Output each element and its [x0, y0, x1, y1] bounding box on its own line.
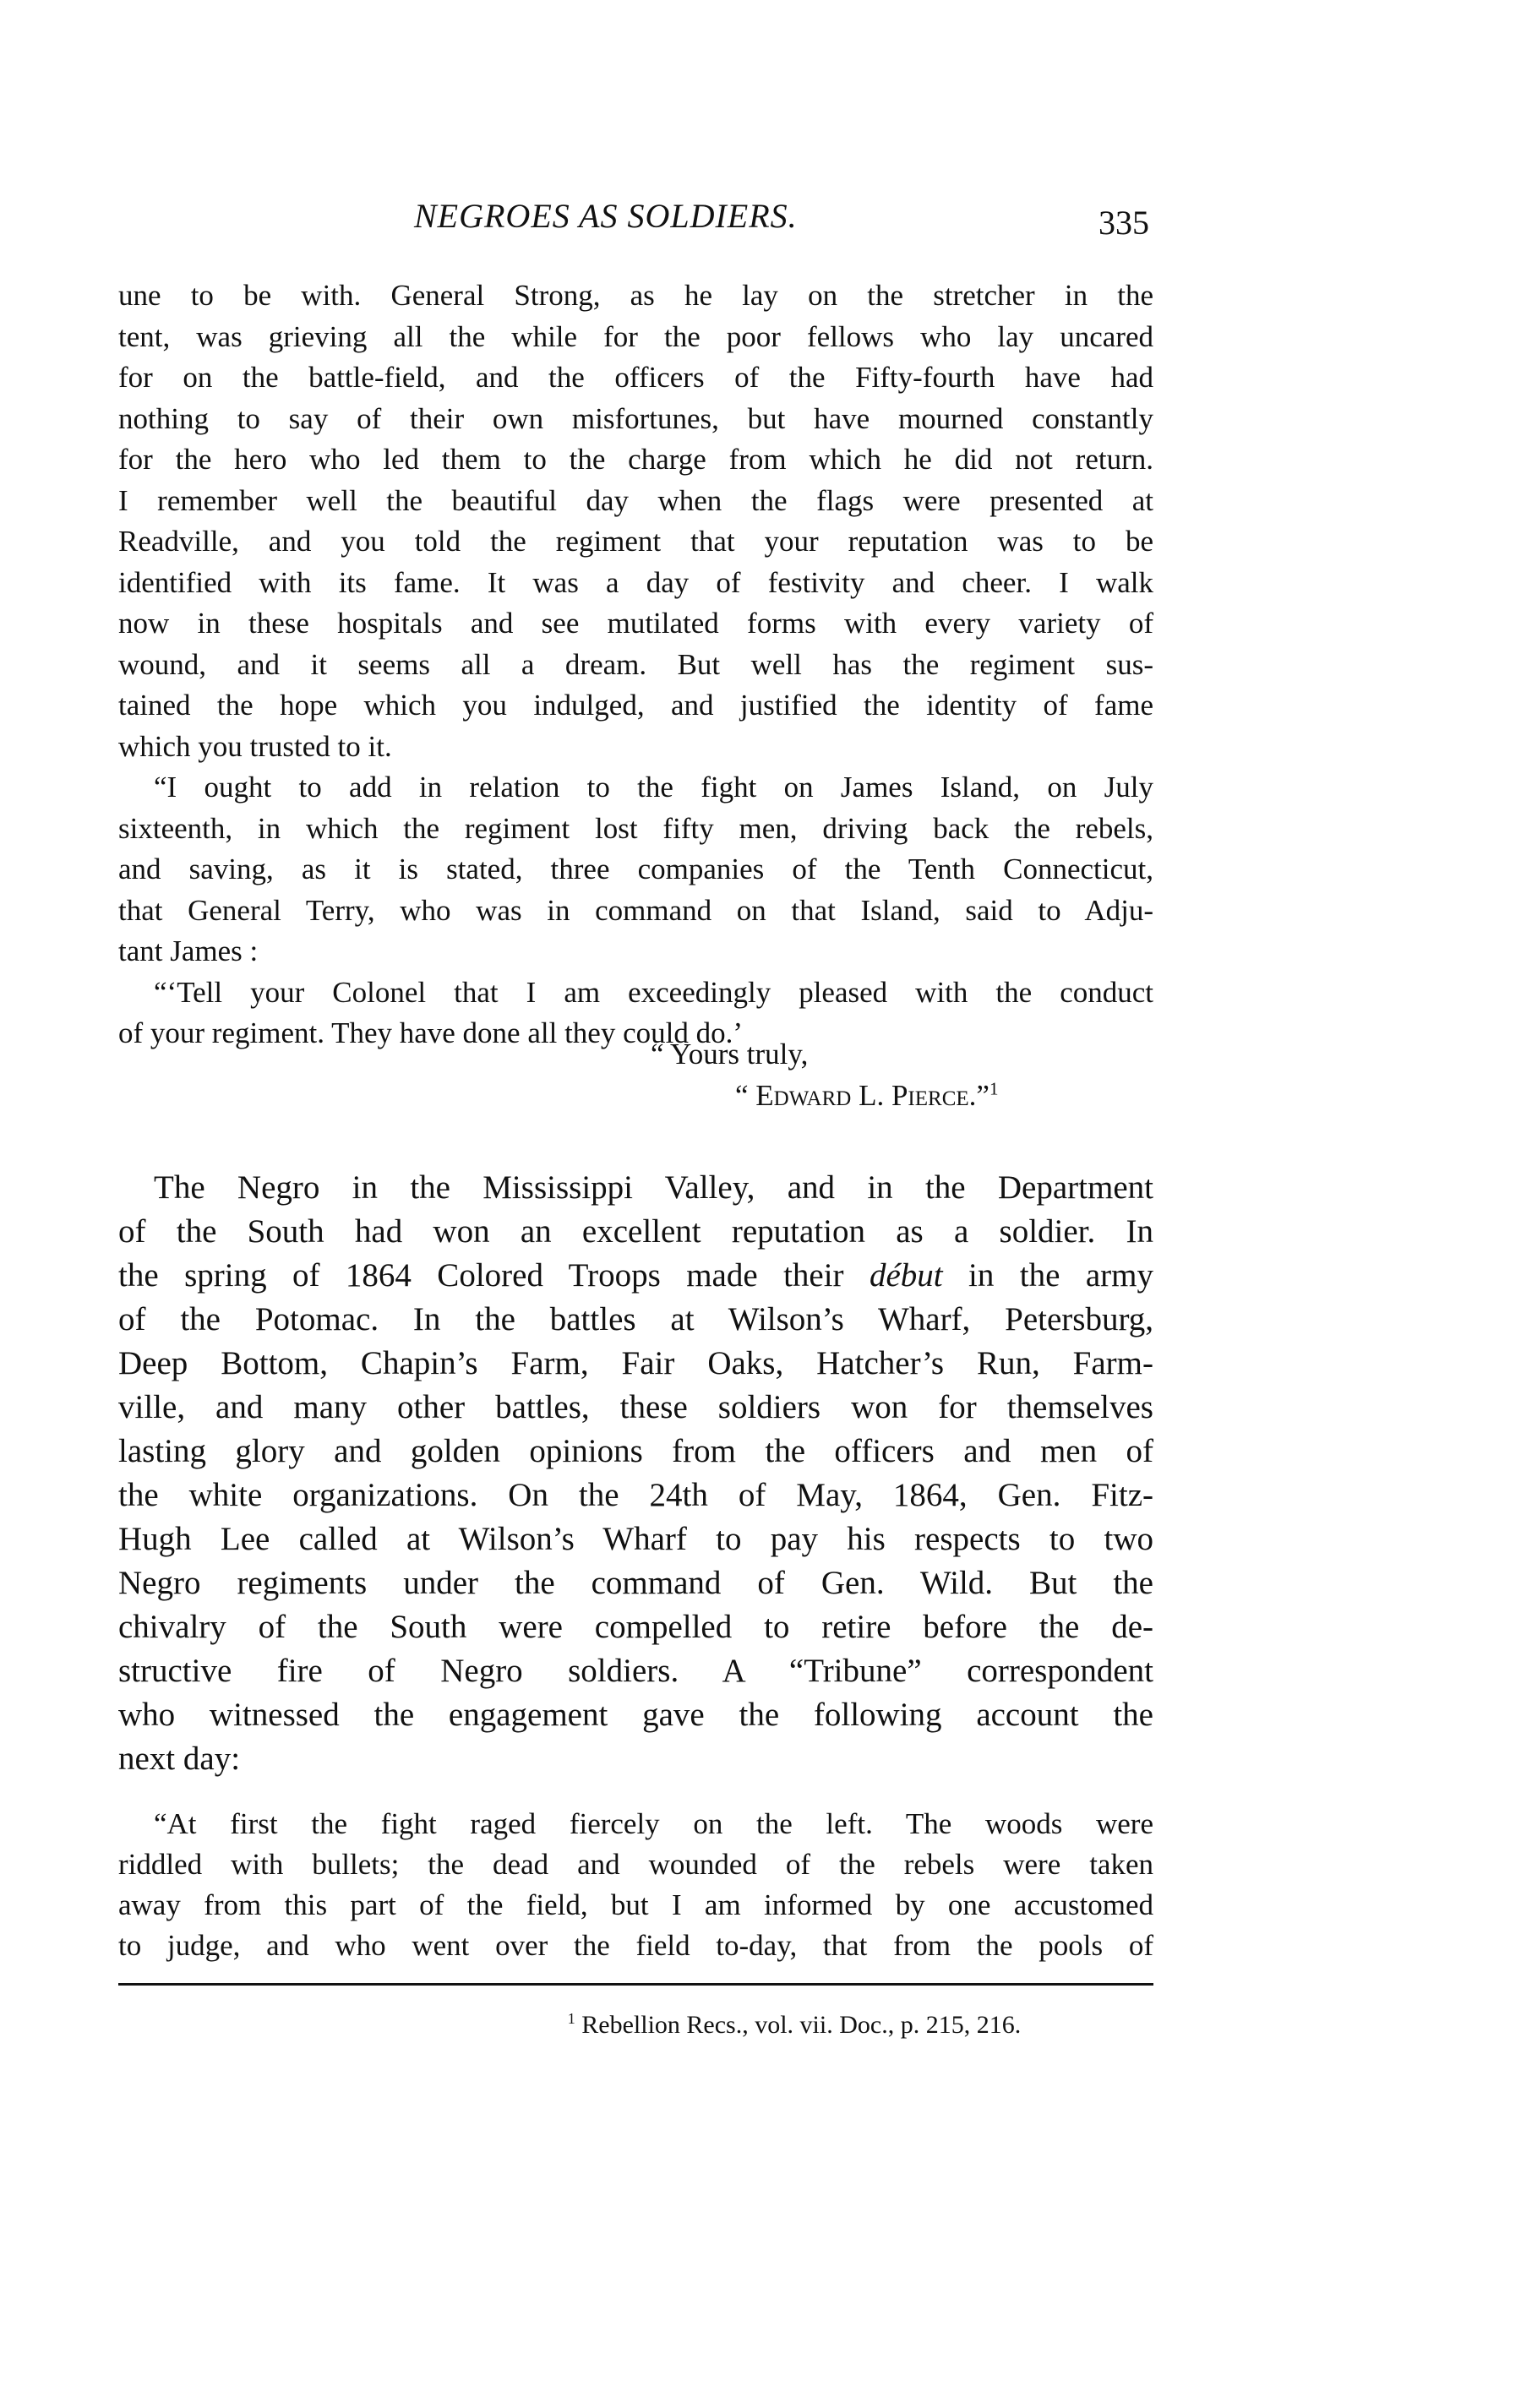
text-line: for the hero who led them to the charge … — [118, 439, 1153, 481]
text-line: of the South had won an excellent reputa… — [118, 1210, 1153, 1254]
text-line: who witnessed the engagement gave the fo… — [118, 1693, 1153, 1737]
text-line: Hugh Lee called at Wilson’s Wharf to pay… — [118, 1517, 1153, 1561]
letter-excerpt: une to be with. General Strong, as he la… — [118, 275, 1153, 1054]
text-line: for on the battle-field, and the officer… — [118, 357, 1153, 399]
text-line: structive fire of Negro soldiers. A “Tri… — [118, 1649, 1153, 1693]
block-quote: “At first the fight raged fiercely on th… — [118, 1804, 1153, 1966]
text-line: of your regiment. They have done all the… — [118, 1013, 1153, 1054]
page-number: 335 — [1098, 203, 1149, 242]
footnote-text: Rebellion Recs., vol. vii. Doc., p. 215,… — [581, 2011, 1021, 2039]
text-line: of the Potomac. In the battles at Wilson… — [118, 1298, 1153, 1342]
text-line: lasting glory and golden opinions from t… — [118, 1430, 1153, 1474]
text-line-with-italic: the spring of 1864 Colored Troops made t… — [118, 1254, 1153, 1298]
text-line: and saving, as it is stated, three compa… — [118, 849, 1153, 891]
text-line: to judge, and who went over the field to… — [118, 1926, 1153, 1966]
text-line: wound, and it seems all a dream. But wel… — [118, 645, 1153, 686]
footnote-divider — [118, 1983, 1153, 1986]
text-line: chivalry of the South were compelled to … — [118, 1605, 1153, 1649]
footnote-ref: 1 — [989, 1078, 999, 1098]
text-line: Deep Bottom, Chapin’s Farm, Fair Oaks, H… — [118, 1342, 1153, 1386]
text-line: that General Terry, who was in command o… — [118, 891, 1153, 932]
footnote-mark: 1 — [568, 2010, 575, 2027]
text-line: next day: — [118, 1737, 1153, 1781]
text-line: tent, was grieving all the while for the… — [118, 317, 1153, 358]
text-line: riddled with bullets; the dead and wound… — [118, 1844, 1153, 1885]
text-line: “At first the fight raged fiercely on th… — [118, 1804, 1153, 1844]
text-line: now in these hospitals and see mutilated… — [118, 603, 1153, 645]
text-line: “‘Tell your Colonel that I am exceedingl… — [118, 972, 1153, 1014]
text-line: which you trusted to it. — [118, 727, 1153, 768]
text-line: the white organizations. On the 24th of … — [118, 1474, 1153, 1517]
text-line: tant James : — [118, 931, 1153, 972]
letter-signature: “ Edward L. Pierce.”1 — [735, 1079, 998, 1113]
text-line: Negro regiments under the command of Gen… — [118, 1561, 1153, 1605]
text-line: away from this part of the field, but I … — [118, 1885, 1153, 1926]
text-line: “I ought to add in relation to the fight… — [118, 767, 1153, 809]
text-line: ville, and many other battles, these sol… — [118, 1386, 1153, 1430]
main-paragraph: The Negro in the Mississippi Valley, and… — [118, 1166, 1153, 1781]
running-header-title: NEGROES AS SOLDIERS. — [414, 196, 798, 236]
text-line: nothing to say of their own misfortunes,… — [118, 399, 1153, 440]
footnote: 1 Rebellion Recs., vol. vii. Doc., p. 21… — [0, 2011, 1521, 2040]
text-line: sixteenth, in which the regiment lost fi… — [118, 809, 1153, 850]
letter-closing: “ Yours truly, — [651, 1038, 808, 1071]
text-line: Readville, and you told the regiment tha… — [118, 521, 1153, 563]
text-line: une to be with. General Strong, as he la… — [118, 275, 1153, 317]
signature-name: “ Edward L. Pierce.” — [735, 1079, 989, 1112]
text-line: identified with its fame. It was a day o… — [118, 563, 1153, 604]
text-line: The Negro in the Mississippi Valley, and… — [118, 1166, 1153, 1210]
italic-word: début — [870, 1257, 943, 1294]
text-line: I remember well the beautiful day when t… — [118, 481, 1153, 522]
text-line: tained the hope which you indulged, and … — [118, 685, 1153, 727]
